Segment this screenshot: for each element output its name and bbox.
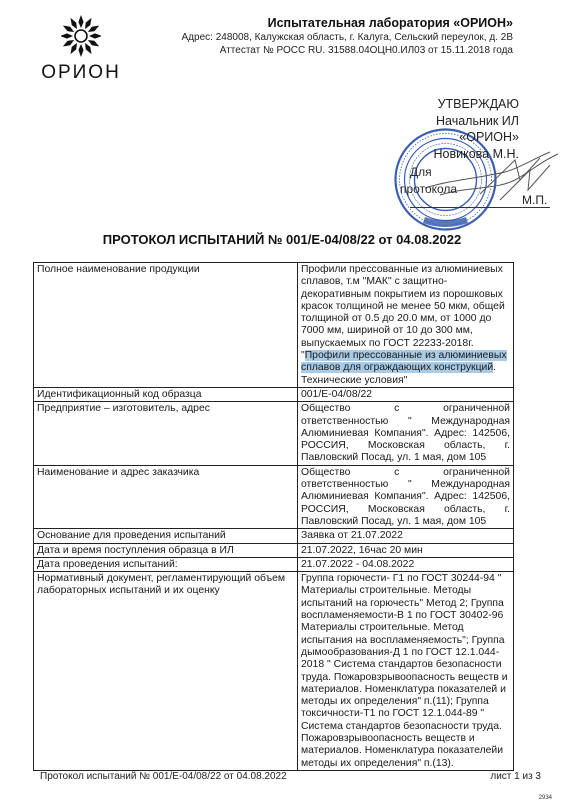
- approver-org: «ОРИОН»: [434, 129, 519, 146]
- highlighted-selection[interactable]: Профили прессованные из алюминиевых спла…: [301, 350, 507, 373]
- row-label: Нормативный документ, регламентирующий о…: [34, 572, 298, 771]
- table-row: Дата проведения испытаний: 21.07.2022 - …: [34, 557, 514, 571]
- logo-text: ОРИОН: [40, 62, 122, 84]
- table-row: Дата и время поступления образца в ИЛ 21…: [34, 543, 514, 557]
- lab-title: Испытательная лаборатория «ОРИОН»: [182, 15, 513, 31]
- footer-protocol-ref: Протокол испытаний № 001/Е-04/08/22 от 0…: [40, 771, 287, 782]
- stamp-text-line1: Для: [410, 165, 432, 179]
- table-row: Нормативный документ, регламентирующий о…: [34, 572, 514, 771]
- table-row: Предприятие – изготовитель, адрес Общест…: [34, 402, 514, 465]
- mp-label: М.П.: [522, 193, 547, 207]
- approval-block: УТВЕРЖДАЮ Начальник ИЛ «ОРИОН» Новикова …: [434, 96, 519, 162]
- row-label: Основание для проведения испытаний: [34, 529, 298, 543]
- lab-address: Адрес: 248008, Калужская область, г. Кал…: [182, 31, 513, 44]
- row-label: Полное наименование продукции: [34, 263, 298, 388]
- row-label: Дата проведения испытаний:: [34, 557, 298, 571]
- table-row: Наименование и адрес заказчика Общество …: [34, 465, 514, 528]
- row-label: Предприятие – изготовитель, адрес: [34, 402, 298, 465]
- row-value: 21.07.2022 - 04.08.2022: [298, 557, 514, 571]
- orion-logo: ОРИОН: [40, 14, 122, 84]
- approve-heading: УТВЕРЖДАЮ: [434, 96, 519, 113]
- table-row: Идентификационный код образца 001/Е-04/0…: [34, 387, 514, 401]
- row-label: Идентификационный код образца: [34, 387, 298, 401]
- row-value: Общество с ограниченной ответственностью…: [298, 402, 514, 465]
- row-value: Заявка от 21.07.2022: [298, 529, 514, 543]
- product-name-text: Профили прессованные из алюминиевых спла…: [301, 264, 505, 361]
- table-row: Основание для проведения испытаний Заявк…: [34, 529, 514, 543]
- approver-position: Начальник ИЛ: [434, 113, 519, 130]
- row-value: 001/Е-04/08/22: [298, 387, 514, 401]
- page-code: 2934: [539, 795, 552, 801]
- row-value: Общество с ограниченной ответственностью…: [298, 465, 514, 528]
- row-value: 21.07.2022, 16час 20 мин: [298, 543, 514, 557]
- document-title: ПРОТОКОЛ ИСПЫТАНИЙ № 001/Е-04/08/22 от 0…: [0, 232, 564, 247]
- footer-page-number: лист 1 из 3: [490, 771, 541, 782]
- sun-flower-icon: [61, 14, 101, 58]
- row-value: Профили прессованные из алюминиевых спла…: [298, 263, 514, 388]
- lab-attestat: Аттестат № РОСС RU. 31588.04ОЦН0.ИЛ03 от…: [182, 44, 513, 57]
- row-value: Группа горючести- Г1 по ГОСТ 30244-94 " …: [298, 572, 514, 771]
- lab-header: Испытательная лаборатория «ОРИОН» Адрес:…: [182, 15, 513, 57]
- approver-name: Новикова М.Н.: [434, 146, 519, 163]
- row-label: Наименование и адрес заказчика: [34, 465, 298, 528]
- row-label: Дата и время поступления образца в ИЛ: [34, 543, 298, 557]
- table-row: Полное наименование продукции Профили пр…: [34, 263, 514, 388]
- signature-line: [410, 207, 550, 208]
- stamp-text-line2: протокола: [400, 182, 457, 196]
- protocol-table: Полное наименование продукции Профили пр…: [33, 262, 514, 771]
